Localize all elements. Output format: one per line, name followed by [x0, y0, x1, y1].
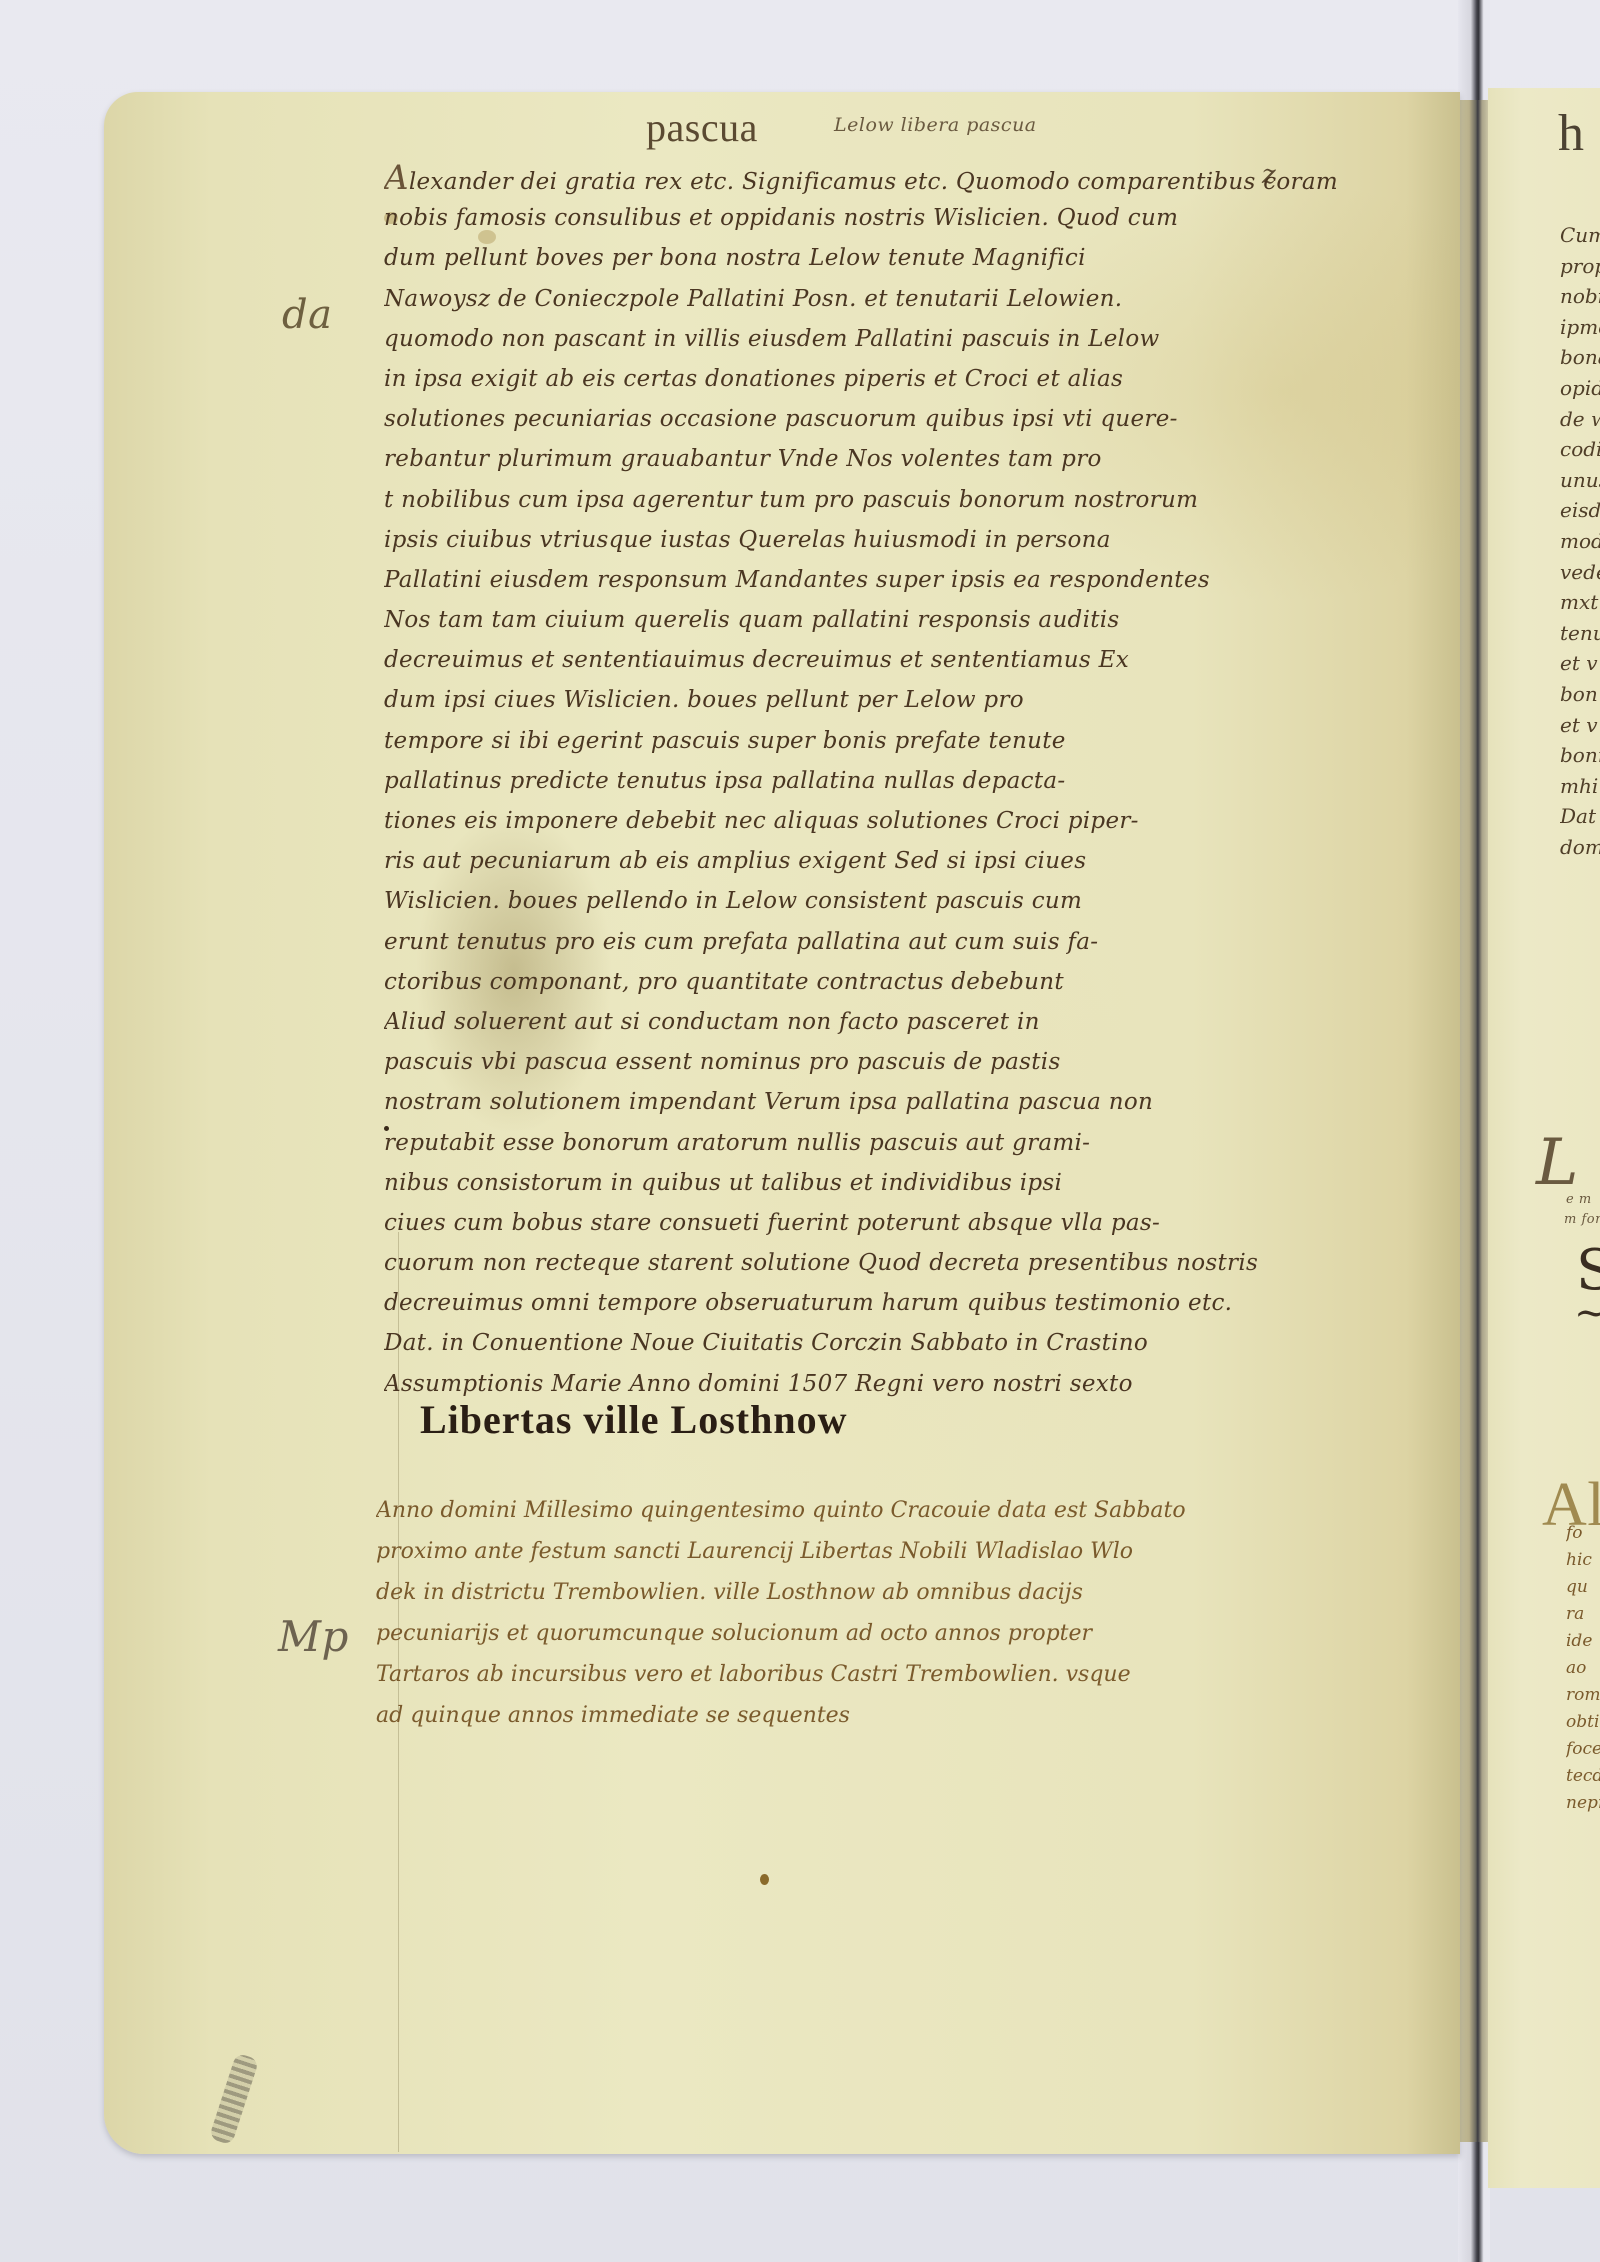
margin-note: da: [282, 292, 332, 338]
facing-text-fragment: nobi: [1560, 281, 1600, 312]
facing-text-fragment: qu: [1566, 1574, 1600, 1601]
text-line: pallatinus predicte tenutus ipsa pallati…: [384, 761, 1374, 801]
facing-text-fragment: bonr: [1560, 740, 1600, 771]
gutter-bottom-shadow: [1458, 2142, 1490, 2262]
facing-initial: L: [1536, 1126, 1579, 1200]
text-line: Pallatini eiusdem responsum Mandantes su…: [384, 560, 1374, 600]
text-line: ris aut pecuniarum ab eis amplius exigen…: [384, 841, 1374, 881]
facing-text-fragment: mxt: [1560, 587, 1600, 618]
facing-small-text: e m: [1566, 1192, 1592, 1207]
facing-text-fragment: codin: [1560, 434, 1600, 465]
facing-text-fragment: obti: [1566, 1709, 1600, 1736]
ink-dot: [760, 1874, 769, 1885]
text-line: ciues cum bobus stare consueti fuerint p…: [384, 1203, 1374, 1243]
facing-text-fragment: vede: [1560, 557, 1600, 588]
facing-text-fragment: ao: [1566, 1655, 1600, 1682]
book-gutter: [1458, 0, 1490, 2262]
entry-line: Anno domini Millesimo quingentesimo quin…: [376, 1490, 1336, 1531]
facing-text-fragment: de w: [1560, 404, 1600, 435]
facing-text-fragment: mod: [1560, 526, 1600, 557]
page-header-note: Lelow libera pascua: [834, 114, 1037, 136]
facing-text-fragment: hic: [1566, 1547, 1600, 1574]
entry-line: proximo ante festum sancti Laurencij Lib…: [376, 1531, 1336, 1572]
entry-line: pecuniarijs et quorumcunque solucionum a…: [376, 1613, 1336, 1654]
main-text-block: Alexander dei gratia rex etc. Significam…: [384, 158, 1374, 1404]
facing-page-text-lower: fo hic qu ra ide ao rom obti foce tecd n…: [1566, 1520, 1600, 1817]
facing-text-fragment: unus: [1560, 465, 1600, 496]
facing-text-fragment: bona: [1560, 342, 1600, 373]
text-line: Aliud soluerent aut si conductam non fac…: [384, 1002, 1374, 1042]
facing-text-fragment: dom: [1560, 832, 1600, 863]
text-line: ipsis ciuibus vtriusque iustas Querelas …: [384, 520, 1374, 560]
facing-text-fragment: bon: [1560, 679, 1600, 710]
text-line: Alexander dei gratia rex etc. Significam…: [384, 158, 1374, 198]
facing-text-fragment: foce: [1566, 1736, 1600, 1763]
section-rubric: Libertas ville Losthnow: [420, 1396, 847, 1443]
text-line: Nos tam tam ciuium querelis quam pallati…: [384, 600, 1374, 640]
entry-line: Tartaros ab incursibus vero et laboribus…: [376, 1654, 1336, 1695]
text-line: dum ipsi ciues Wislicien. boues pellunt …: [384, 680, 1374, 720]
facing-page-text: Cum prop nobi ipme bona opida de w codin…: [1560, 220, 1600, 862]
text-line: rebantur plurimum grauabantur Vnde Nos v…: [384, 439, 1374, 479]
text-line: in ipsa exigit ab eis certas donationes …: [384, 359, 1374, 399]
margin-note: Mp: [278, 1612, 349, 1661]
text-line: Dat. in Conuentione Noue Ciuitatis Corcz…: [384, 1323, 1374, 1363]
text-line: tempore si ibi egerint pascuis super bon…: [384, 721, 1374, 761]
text-line: quomodo non pascant in villis eiusdem Pa…: [384, 319, 1374, 359]
facing-text-fragment: prop: [1560, 251, 1600, 282]
text-line: tiones eis imponere debebit nec aliquas …: [384, 801, 1374, 841]
text-line: dum pellunt boves per bona nostra Lelow …: [384, 238, 1374, 278]
facing-text-fragment: et v: [1560, 710, 1600, 741]
text-line: decreuimus omni tempore obseruaturum har…: [384, 1283, 1374, 1323]
entry-line: dek in districtu Trembowlien. ville Lost…: [376, 1572, 1336, 1613]
page-header-title: pascua: [646, 104, 758, 151]
manuscript-scan: pascua Lelow libera pascua z da Mp Alexa…: [0, 0, 1600, 2262]
facing-text-fragment: Dat: [1560, 801, 1600, 832]
text-line: decreuimus et sententiauimus decreuimus …: [384, 640, 1374, 680]
text-line: nobis famosis consulibus et oppidanis no…: [384, 198, 1374, 238]
facing-text-fragment: tecd: [1566, 1763, 1600, 1790]
facing-text-fragment: opida: [1560, 373, 1600, 404]
gutter-top-shadow: [1458, 0, 1490, 100]
text-line: solutiones pecuniarias occasione pascuor…: [384, 399, 1374, 439]
text-line: reputabit esse bonorum aratorum nullis p…: [384, 1123, 1374, 1163]
entry-line: ad quinque annos immediate se sequentes: [376, 1695, 1336, 1736]
text-line: Wislicien. boues pellendo in Lelow consi…: [384, 881, 1374, 921]
facing-text-fragment: Cum: [1560, 220, 1600, 251]
facing-text-fragment: ra: [1566, 1601, 1600, 1628]
facing-small-text: m form: [1564, 1212, 1600, 1227]
facing-text-fragment: tenu: [1560, 618, 1600, 649]
facing-text-fragment: ide: [1566, 1628, 1600, 1655]
text-line: nibus consistorum in quibus ut talibus e…: [384, 1163, 1374, 1203]
facing-text-fragment: eisde: [1560, 495, 1600, 526]
text-line: cuorum non recteque starent solutione Qu…: [384, 1243, 1374, 1283]
facing-flourish: ~: [1574, 1290, 1600, 1336]
facing-text-fragment: nepr: [1566, 1790, 1600, 1817]
facing-text-fragment: et v: [1560, 648, 1600, 679]
text-line: ctoribus componant, pro quantitate contr…: [384, 962, 1374, 1002]
facing-page-heading: h: [1558, 104, 1585, 163]
facing-text-fragment: mhi: [1560, 771, 1600, 802]
text-line: erunt tenutus pro eis cum prefata pallat…: [384, 922, 1374, 962]
text-line: t nobilibus cum ipsa agerentur tum pro p…: [384, 480, 1374, 520]
facing-text-fragment: ipme: [1560, 312, 1600, 343]
facing-text-fragment: fo: [1566, 1520, 1600, 1547]
text-line: pascuis vbi pascua essent nominus pro pa…: [384, 1042, 1374, 1082]
facing-text-fragment: rom: [1566, 1682, 1600, 1709]
text-line: nostram solutionem impendant Verum ipsa …: [384, 1082, 1374, 1122]
second-entry-block: Anno domini Millesimo quingentesimo quin…: [376, 1490, 1336, 1736]
text-line: Nawoysz de Conieczpole Pallatini Posn. e…: [384, 279, 1374, 319]
